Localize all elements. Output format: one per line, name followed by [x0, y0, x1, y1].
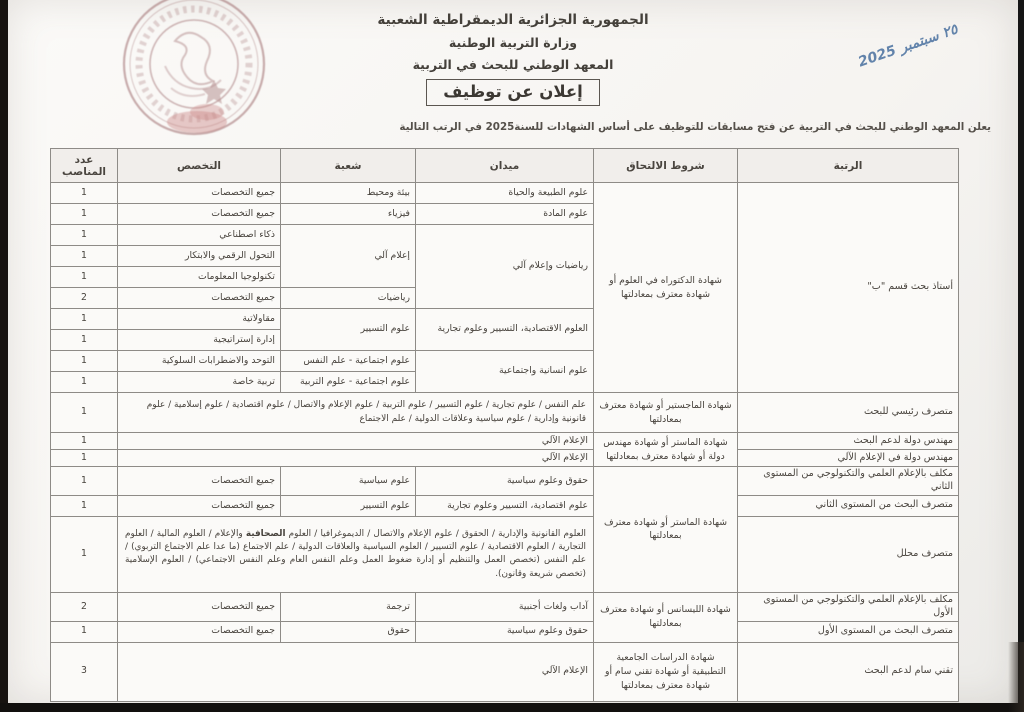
table-row: مهندس دولة لدعم البحث شهادة الماستر أو ش…: [51, 433, 959, 450]
cell-field: الإعلام الآلي: [118, 450, 594, 467]
cell-branch: علوم التسيير: [281, 495, 416, 516]
cell-positions: 1: [51, 330, 118, 351]
table-row: متصرف محلل العلوم القانونية والإدارية / …: [51, 516, 959, 592]
cell-specialty: تكنولوجيا المعلومات: [118, 267, 281, 288]
cell-rank: أستاذ بحث قسم "ب": [738, 183, 959, 393]
table-row: أستاذ بحث قسم "ب" شهادة الدكتوراه في الع…: [51, 183, 959, 204]
table-row: متصرف البحث من المستوى الأول حقوق وعلوم …: [51, 621, 959, 642]
cell-field: العلوم الاقتصادية، التسيير وعلوم تجارية: [416, 309, 594, 351]
cell-field: رياضيات وإعلام آلي: [416, 225, 594, 309]
cell-positions: 1: [51, 267, 118, 288]
ministry-title: وزارة التربية الوطنية: [8, 35, 1018, 50]
announcement-title: إعلان عن توظيف: [426, 79, 600, 106]
institute-title: المعهد الوطني للبحث في التربية: [8, 57, 1018, 72]
document-page: ٢٥ سبتمبر 2025 الجمهورية الجزائرية الديم…: [8, 0, 1018, 704]
cell-field: حقوق وعلوم سياسية: [416, 621, 594, 642]
cell-specialty: إدارة إستراتيجية: [118, 330, 281, 351]
cell-positions: 1: [51, 495, 118, 516]
cell-positions: 1: [51, 225, 118, 246]
cell-specialty: جميع التخصصات: [118, 621, 281, 642]
letterhead: الجمهورية الجزائرية الديمقراطية الشعبية …: [8, 12, 1018, 106]
cell-field: علوم الطبيعة والحياة: [416, 183, 594, 204]
cell-branch: رياضيات: [281, 288, 416, 309]
cell-positions: 1: [51, 621, 118, 642]
cell-field: الإعلام الآلي: [118, 433, 594, 450]
cell-field: آداب ولغات أجنبية: [416, 592, 594, 621]
cell-rank: متصرف البحث من المستوى الأول: [738, 621, 959, 642]
cell-positions: 1: [51, 450, 118, 467]
cell-specialty: جميع التخصصات: [118, 204, 281, 225]
cell-field: علوم اقتصادية، التسيير وعلوم تجارية: [416, 495, 594, 516]
cell-positions: 1: [51, 516, 118, 592]
cell-specialty: ذكاء اصطناعي: [118, 225, 281, 246]
header-conditions: شروط الالتحاق: [594, 149, 738, 183]
recruitment-table: الرتبة شروط الالتحاق ميدان شعبة التخصص ع…: [50, 148, 959, 702]
cell-rank: مكلف بالإعلام العلمي والتكنولوجي من المس…: [738, 467, 959, 496]
cell-field: حقوق وعلوم سياسية: [416, 467, 594, 496]
intro-line: يعلن المعهد الوطني للبحث في التربية عن ف…: [48, 121, 991, 133]
cell-conditions: شهادة الدكتوراه في العلوم أو شهادة معترف…: [594, 183, 738, 393]
cell-branch: ترجمة: [281, 592, 416, 621]
photo-edge-bottom: [0, 703, 1024, 712]
photo-edge-corner: [1008, 642, 1024, 712]
table-row: مكلف بالإعلام العلمي والتكنولوجي من المس…: [51, 592, 959, 621]
cell-positions: 2: [51, 592, 118, 621]
cell-rank: متصرف رئيسي للبحث: [738, 393, 959, 433]
cell-positions: 3: [51, 642, 118, 701]
photo-background: ٢٥ سبتمبر 2025 الجمهورية الجزائرية الديم…: [0, 0, 1024, 712]
photo-edge-left: [0, 0, 8, 712]
cell-conditions: شهادة الماجستير أو شهادة معترف بمعادلتها: [594, 393, 738, 433]
cell-branch: فيزياء: [281, 204, 416, 225]
cell-positions: 1: [51, 433, 118, 450]
cell-specialty: علم النفس / علوم تجارية / علوم التسيير /…: [118, 393, 594, 433]
cell-branch: حقوق: [281, 621, 416, 642]
cell-positions: 1: [51, 393, 118, 433]
cell-rank: تقني سام لدعم البحث: [738, 642, 959, 701]
cell-field: الإعلام الآلي: [118, 642, 594, 701]
cell-conditions: شهادة الليسانس أو شهادة معترف بمعادلتها: [594, 592, 738, 642]
cell-specialty: جميع التخصصات: [118, 467, 281, 496]
cell-specialty: جميع التخصصات: [118, 288, 281, 309]
table-header-row: الرتبة شروط الالتحاق ميدان شعبة التخصص ع…: [51, 149, 959, 183]
header-specialty: التخصص: [118, 149, 281, 183]
header-rank: الرتبة: [738, 149, 959, 183]
cell-specialty: التوحد والاضطرابات السلوكية: [118, 351, 281, 372]
cell-positions: 1: [51, 183, 118, 204]
table-row: مكلف بالإعلام العلمي والتكنولوجي من المس…: [51, 467, 959, 496]
cell-positions: 1: [51, 246, 118, 267]
table-row: تقني سام لدعم البحث شهادة الدراسات الجام…: [51, 642, 959, 701]
republic-title: الجمهورية الجزائرية الديمقراطية الشعبية: [8, 12, 1018, 28]
cell-branch: إعلام آلي: [281, 225, 416, 288]
cell-conditions: شهادة الدراسات الجامعية التطبيقية أو شها…: [594, 642, 738, 701]
cell-rank: مهندس دولة في الإعلام الآلي: [738, 450, 959, 467]
cell-field: علوم انسانية واجتماعية: [416, 351, 594, 393]
cell-positions: 1: [51, 204, 118, 225]
specialty-text: العلوم القانونية والإدارية / الحقوق / عل…: [286, 529, 586, 539]
cell-specialty: التحول الرقمي والابتكار: [118, 246, 281, 267]
cell-conditions: شهادة الماستر أو شهادة مهندس دولة أو شها…: [594, 433, 738, 467]
cell-specialty: جميع التخصصات: [118, 592, 281, 621]
cell-branch: علوم التسيير: [281, 309, 416, 351]
cell-branch: علوم اجتماعية - علم النفس: [281, 351, 416, 372]
cell-rank: متصرف البحث من المستوى الثاني: [738, 495, 959, 516]
cell-specialty: تربية خاصة: [118, 372, 281, 393]
table-row: متصرف رئيسي للبحث شهادة الماجستير أو شها…: [51, 393, 959, 433]
cell-rank: مكلف بالإعلام العلمي والتكنولوجي من المس…: [738, 592, 959, 621]
cell-branch: علوم اجتماعية - علوم التربية: [281, 372, 416, 393]
cell-specialty: جميع التخصصات: [118, 183, 281, 204]
cell-branch: علوم سياسية: [281, 467, 416, 496]
cell-positions: 1: [51, 309, 118, 330]
cell-field: علوم المادة: [416, 204, 594, 225]
cell-branch: بيئة ومحيط: [281, 183, 416, 204]
header-positions: عدد المناصب: [51, 149, 118, 183]
cell-positions: 2: [51, 288, 118, 309]
cell-specialty: جميع التخصصات: [118, 495, 281, 516]
table-row: متصرف البحث من المستوى الثاني علوم اقتصا…: [51, 495, 959, 516]
header-field: ميدان: [416, 149, 594, 183]
cell-positions: 1: [51, 372, 118, 393]
cell-positions: 1: [51, 351, 118, 372]
cell-rank: مهندس دولة لدعم البحث: [738, 433, 959, 450]
cell-positions: 1: [51, 467, 118, 496]
cell-conditions: شهادة الماستر أو شهادة معترف بمعادلتها: [594, 467, 738, 593]
specialty-text-bold: الصحافية: [246, 529, 286, 539]
header-branch: شعبة: [281, 149, 416, 183]
cell-rank: متصرف محلل: [738, 516, 959, 592]
cell-specialty: العلوم القانونية والإدارية / الحقوق / عل…: [118, 516, 594, 592]
cell-specialty: مقاولاتية: [118, 309, 281, 330]
table-row: مهندس دولة في الإعلام الآلي الإعلام الآل…: [51, 450, 959, 467]
